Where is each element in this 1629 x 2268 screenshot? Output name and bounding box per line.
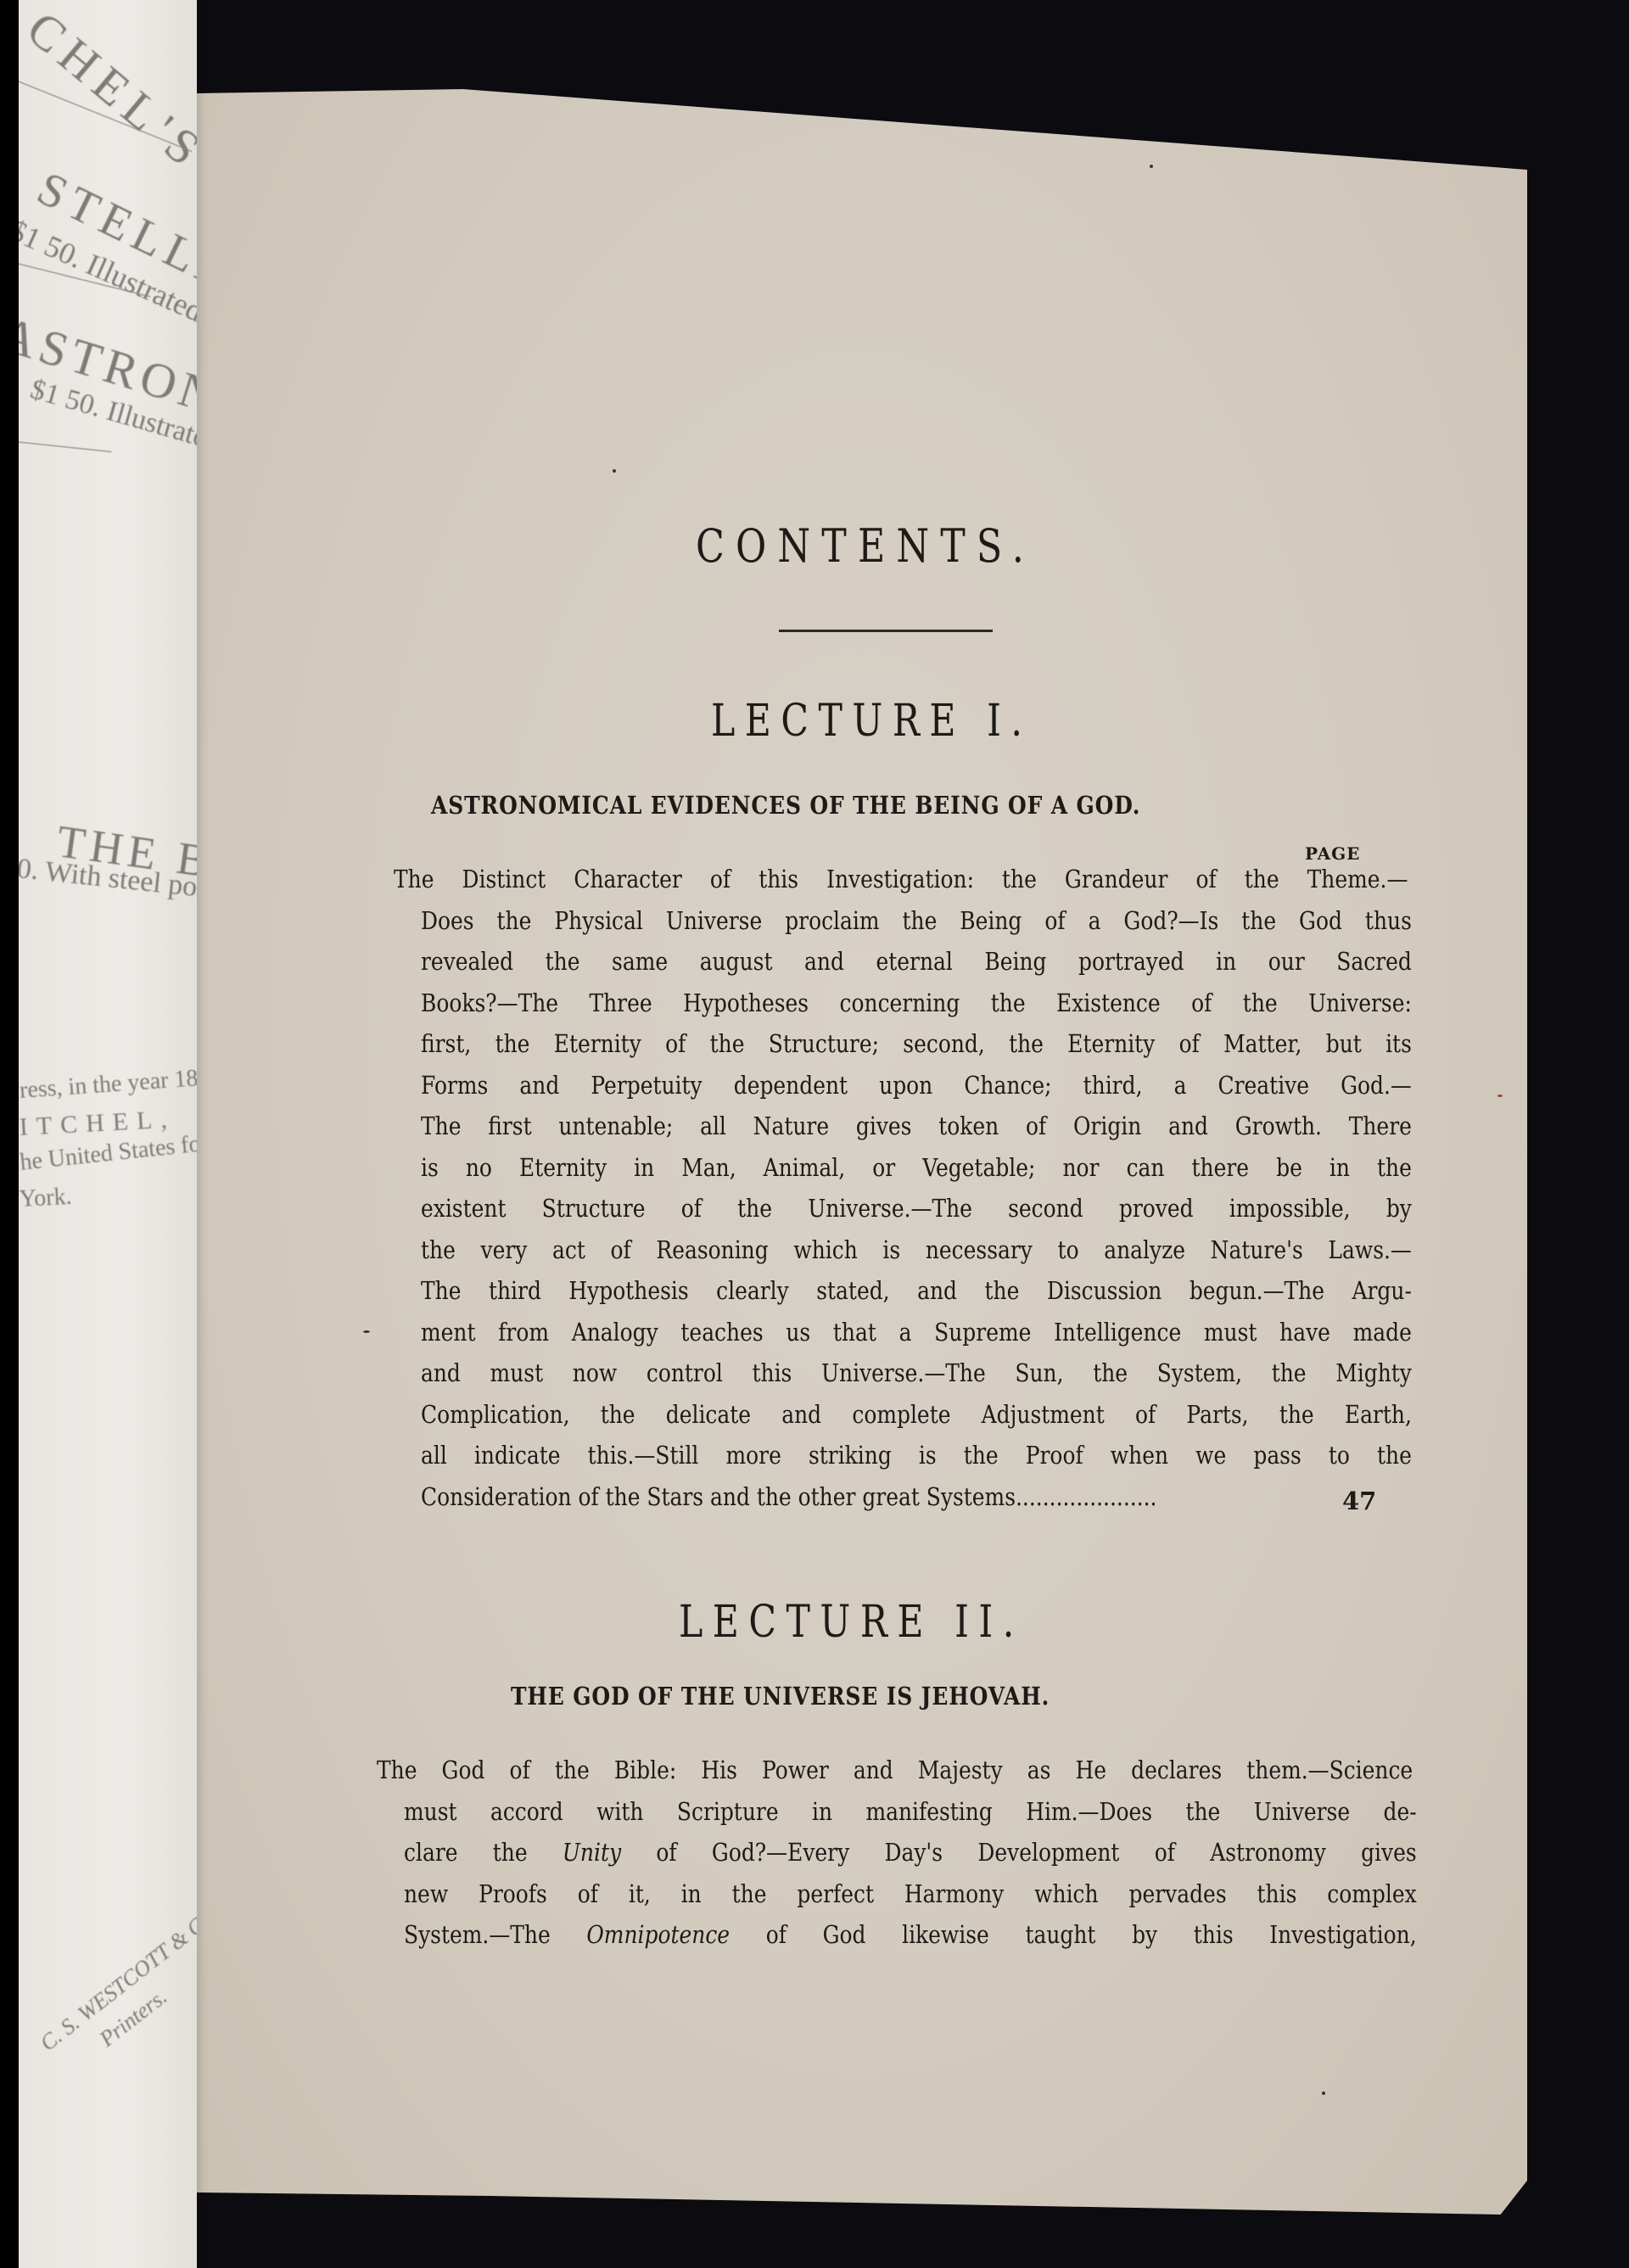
entry-line: Forms and Perpetuity dependent upon Chan… (421, 1065, 1412, 1106)
lecture-heading: LECTURE I. (711, 696, 1032, 747)
entry-line: The God of the Bible: His Power and Maje… (377, 1750, 1413, 1791)
page-title: CONTENTS. (696, 519, 1035, 573)
entry-line: Complication, the delicate and complete … (421, 1394, 1412, 1436)
entry-line: clare the Unity of God?—Every Day's Deve… (404, 1832, 1417, 1873)
paper-speck (1150, 165, 1153, 168)
entry-line: The first untenable; all Nature gives to… (421, 1106, 1412, 1147)
entry-text: of God likewise taught by this Investiga… (730, 1920, 1417, 1949)
entry-line: ment from Analogy teaches us that a Supr… (421, 1312, 1412, 1353)
entry-line: Books?—The Three Hypotheses concerning t… (421, 983, 1412, 1024)
entry-text: clare the (404, 1838, 563, 1867)
entry-line: the very act of Reasoning which is neces… (421, 1229, 1412, 1271)
photo-left-border (0, 0, 19, 2268)
entry-line: all indicate this.—Still more striking i… (421, 1435, 1412, 1476)
entry-line: must accord with Scripture in manifestin… (404, 1791, 1417, 1833)
lecture-entry: The Distinct Character of this Investiga… (394, 859, 1573, 1517)
paper-speck (1322, 2092, 1325, 2095)
entry-line: new Proofs of it, in the perfect Harmony… (404, 1873, 1417, 1915)
facing-page-line: York. (19, 1184, 72, 1213)
entry-italic-text: Omnipotence (586, 1920, 730, 1949)
entry-line: is no Eternity in Man, Animal, or Vegeta… (421, 1147, 1412, 1189)
entry-italic-text: Unity (563, 1838, 621, 1867)
paper-speck (613, 469, 616, 473)
paper-speck (1497, 1095, 1503, 1097)
facing-page-rule (19, 441, 112, 452)
paper-speck (363, 1330, 370, 1333)
lecture-subtitle: THE GOD OF THE UNIVERSE IS JEHOVAH. (511, 1682, 1050, 1711)
lecture-entry: The God of the Bible: His Power and Maje… (377, 1750, 1581, 1956)
entry-line: Does the Physical Universe proclaim the … (421, 900, 1412, 942)
entry-line: The third Hypothesis clearly stated, and… (421, 1270, 1412, 1312)
entry-line: revealed the same august and eternal Bei… (421, 941, 1412, 983)
entry-line: Consideration of the Stars and the other… (421, 1476, 1412, 1518)
entry-line: System.—The Omnipotence of God likewise … (404, 1914, 1417, 1956)
facing-page-line: ress, in the year 1863, by (19, 1061, 197, 1105)
title-rule (779, 630, 993, 632)
entry-text: System.—The (404, 1920, 586, 1949)
lecture-subtitle: ASTRONOMICAL EVIDENCES OF THE BEING OF A… (431, 791, 1140, 820)
facing-page: CHEL'S BOOKS. STELLAR WORLDS. $1 50. Ill… (19, 0, 197, 2268)
entry-line: and must now control this Universe.—The … (421, 1352, 1412, 1394)
lecture-heading: LECTURE II. (679, 1597, 1024, 1648)
entry-line: The Distinct Character of this Investiga… (394, 859, 1408, 900)
page-number: 47 (1342, 1487, 1376, 1515)
entry-line: existent Structure of the Universe.—The … (421, 1188, 1412, 1229)
entry-line: first, the Eternity of the Structure; se… (421, 1023, 1412, 1065)
entry-text: of God?—Every Day's Development of Astro… (621, 1838, 1417, 1867)
